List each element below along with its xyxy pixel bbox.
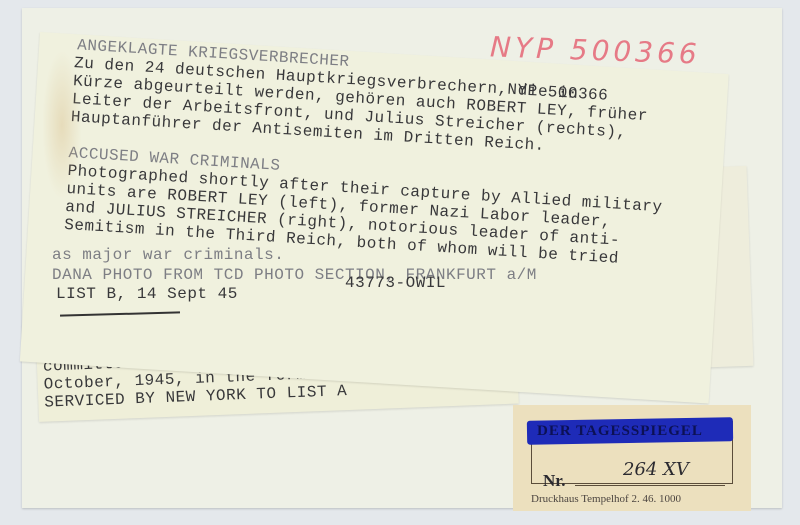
stamp-title: DER TAGESSPIEGEL bbox=[537, 423, 703, 440]
main-caption-slip: ANGEKLAGTE KRIEGSVERBRECHER NYP 500366 Z… bbox=[20, 32, 729, 404]
english-line-5: as major war criminals. bbox=[52, 246, 284, 264]
paper-stain bbox=[42, 50, 82, 200]
english-code: 43773-OWIL bbox=[345, 274, 446, 292]
english-credit: DANA PHOTO FROM TCD PHOTO SECTION, FRANK… bbox=[52, 266, 537, 284]
english-list: LIST B, 14 Sept 45 bbox=[56, 285, 238, 303]
stamp-nr-value: 264 XV bbox=[623, 459, 689, 480]
stamp-nr-label: Nr. bbox=[543, 471, 566, 491]
stamp-footer: Druckhaus Tempelhof 2. 46. 1000 bbox=[531, 493, 681, 505]
stamp-nr-line bbox=[575, 485, 725, 486]
archive-stamp: DER TAGESSPIEGEL Nr. 264 XV Druckhaus Te… bbox=[513, 405, 751, 511]
